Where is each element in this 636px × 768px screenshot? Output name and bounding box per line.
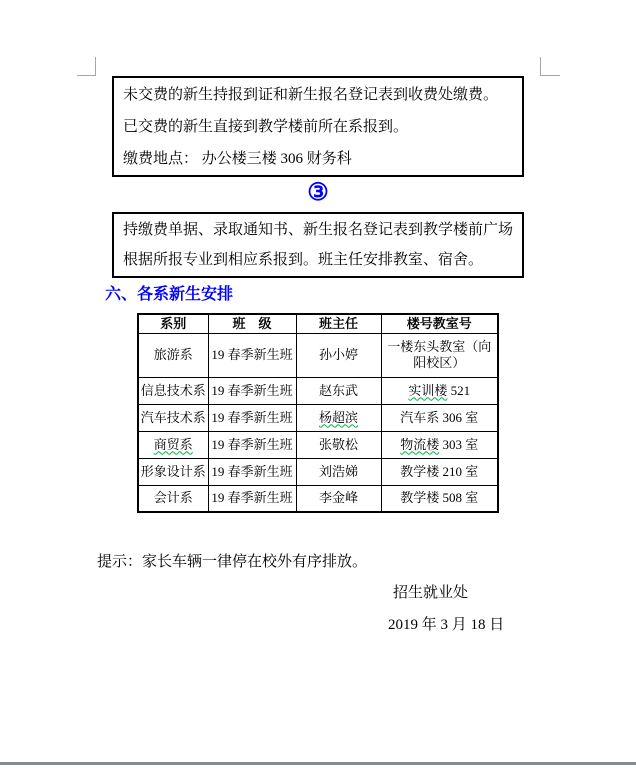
teacher-text: 李金峰 [319,490,358,505]
margin-mark-line [541,75,560,76]
dept-cell: 信息技术系 [138,377,208,404]
dept-cell: 会计系 [138,485,208,512]
dept-cell: 汽车技术系 [138,404,208,431]
teacher-cell: 孙小婷 [296,333,381,377]
signature-org: 招生就业处 [393,584,468,602]
report-info-box: 持缴费单据、录取通知书、新生报名登记表到教学楼前广场 根据所报专业到相应系报到。… [112,212,524,278]
header-department: 系别 [138,314,208,333]
room-text: 303 室 [439,437,478,452]
class-cell: 19 春季新生班 [208,377,296,404]
teacher-cell: 赵东武 [296,377,381,404]
dept-cell: 旅游系 [138,333,208,377]
teacher-cell: 张敬松 [296,431,381,458]
dept-text: 汽车技术系 [141,410,206,425]
dept-text: 形象设计系 [141,464,206,479]
class-cell: 19 春季新生班 [208,485,296,512]
room-cell: 实训楼 521 [381,377,498,404]
margin-mark-line [540,57,541,76]
payment-line-3: 缴费地点： 办公楼三楼 306 财务科 [123,143,514,175]
table-row: 形象设计系 19 春季新生班 刘浩娣 教学楼 210 室 [138,458,498,485]
teacher-text: 刘浩娣 [319,464,358,479]
table-row: 商贸系 19 春季新生班 张敬松 物流楼 303 室 [138,431,498,458]
window-bottom-edge [0,762,636,765]
teacher-cell: 杨超滨 [296,404,381,431]
header-room: 楼号教室号 [381,314,498,333]
table-header-row: 系别 班 级 班主任 楼号教室号 [138,314,498,333]
class-cell: 19 春季新生班 [208,404,296,431]
room-cell: 物流楼 303 室 [381,431,498,458]
table-row: 汽车技术系 19 春季新生班 杨超滨 汽车系 306 室 [138,404,498,431]
table-row: 旅游系 19 春季新生班 孙小婷 一楼东头教室（向阳校区） [138,333,498,377]
dept-cell: 商贸系 [138,431,208,458]
dept-text: 旅游系 [154,347,193,362]
header-teacher: 班主任 [296,314,381,333]
table-row: 信息技术系 19 春季新生班 赵东武 实训楼 521 [138,377,498,404]
room-text: 教学楼 210 室 [400,464,478,479]
report-line-2: 根据所报专业到相应系报到。班主任安排教室、宿舍。 [123,245,514,275]
room-text: 521 [447,383,470,398]
room-text: 一楼东头教室（向阳校区） [387,339,491,370]
teacher-cell: 刘浩娣 [296,458,381,485]
header-class: 班 级 [208,314,296,333]
parking-note: 提示：家长车辆一律停在校外有序排放。 [97,553,367,571]
room-text-wavy: 实训楼 [408,383,447,398]
dept-cell: 形象设计系 [138,458,208,485]
payment-line-2: 已交费的新生直接到教学楼前所在系报到。 [123,111,514,143]
room-text: 汽车系 306 室 [400,410,478,425]
department-roster-table: 系别 班 级 班主任 楼号教室号 旅游系 19 春季新生班 孙小婷 一楼东头教室… [137,313,499,513]
payment-info-box: 未交费的新生持报到证和新生报名登记表到收费处缴费。 已交费的新生直接到教学楼前所… [112,76,524,177]
room-cell: 教学楼 508 室 [381,485,498,512]
class-cell: 19 春季新生班 [208,458,296,485]
section-heading: 六、各系新生安排 [105,285,233,305]
room-cell: 汽车系 306 室 [381,404,498,431]
room-text-wavy: 物流楼 [400,437,439,452]
step-3-marker: ③ [112,179,524,207]
teacher-text-wavy: 杨超滨 [319,410,358,425]
document-page: 未交费的新生持报到证和新生报名登记表到收费处缴费。 已交费的新生直接到教学楼前所… [0,0,636,768]
class-cell: 19 春季新生班 [208,431,296,458]
dept-text-wavy: 商贸系 [154,437,193,452]
teacher-cell: 李金峰 [296,485,381,512]
teacher-text: 张敬松 [319,437,358,452]
report-line-1: 持缴费单据、录取通知书、新生报名登记表到教学楼前广场 [123,215,514,245]
room-text: 教学楼 508 室 [400,490,478,505]
payment-line-1: 未交费的新生持报到证和新生报名登记表到收费处缴费。 [123,79,514,111]
dept-text: 会计系 [154,490,193,505]
room-cell: 教学楼 210 室 [381,458,498,485]
signature-date: 2019 年 3 月 18 日 [388,616,504,634]
class-cell: 19 春季新生班 [208,333,296,377]
margin-mark-line [95,57,96,76]
table-row: 会计系 19 春季新生班 李金峰 教学楼 508 室 [138,485,498,512]
margin-mark-line [77,75,96,76]
dept-text: 信息技术系 [141,383,206,398]
teacher-text: 孙小婷 [319,347,358,362]
room-cell: 一楼东头教室（向阳校区） [381,333,498,377]
teacher-text: 赵东武 [319,383,358,398]
